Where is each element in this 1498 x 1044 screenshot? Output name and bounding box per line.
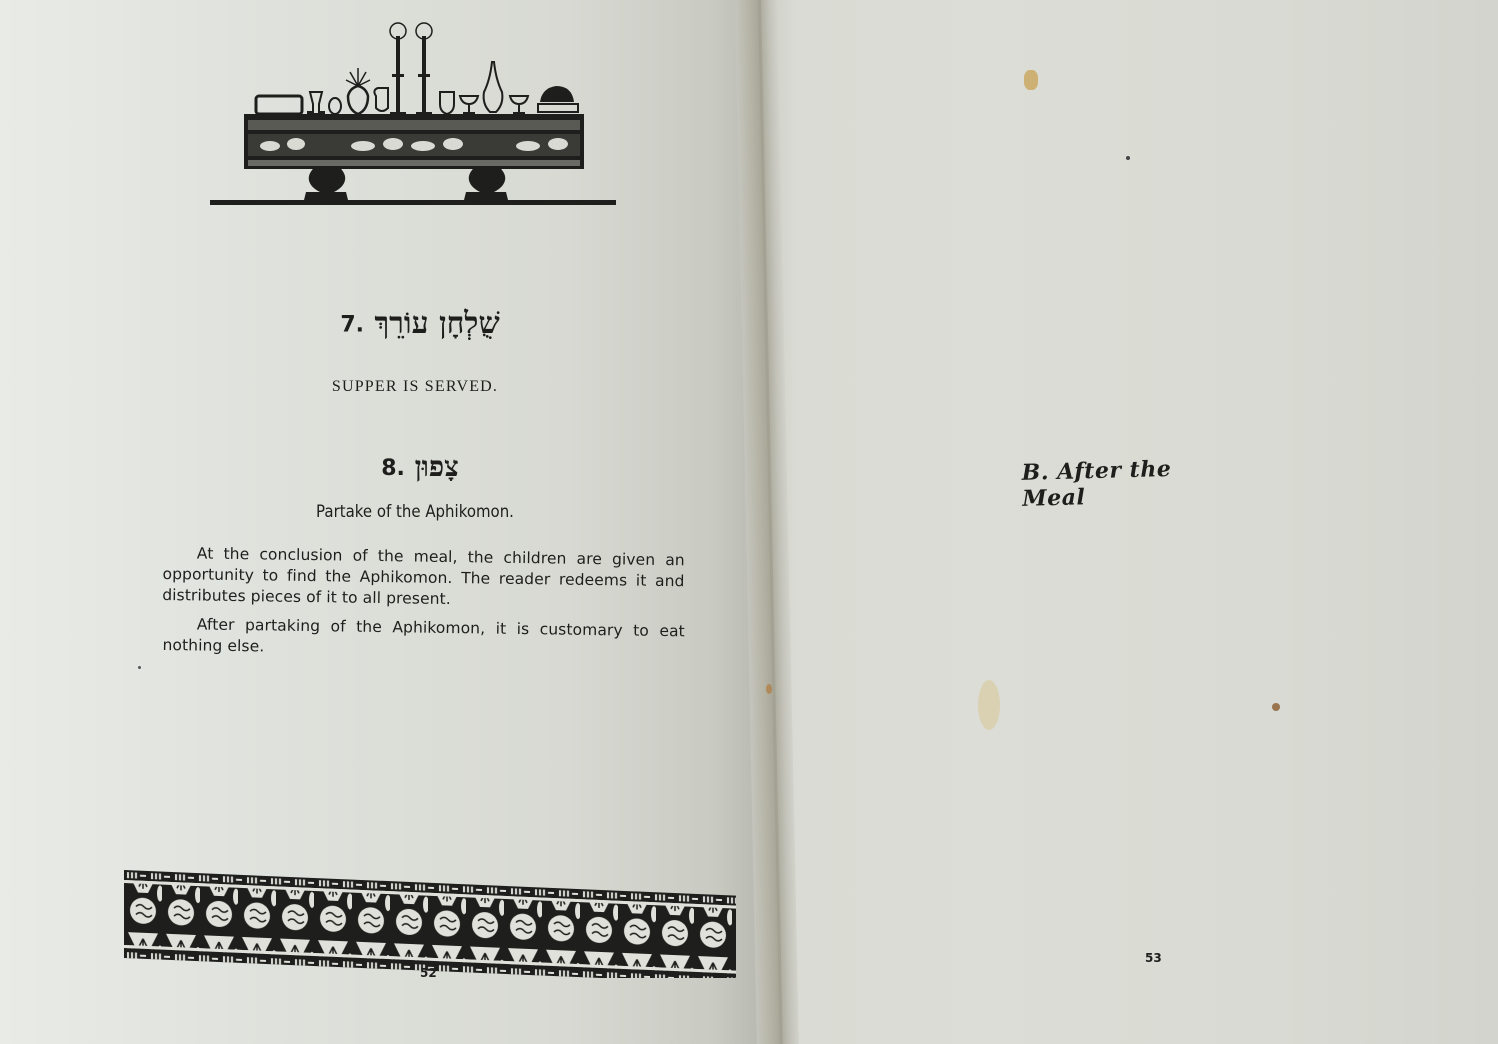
paper-stain xyxy=(766,684,772,694)
paper-speck xyxy=(138,666,141,669)
right-page-heading: B. After the Meal xyxy=(1021,454,1242,512)
paper-stain xyxy=(978,680,1000,730)
paragraph-aphikomon-find: At the conclusion of the meal, the child… xyxy=(162,543,685,613)
section-8-hebrew: צָפוּן xyxy=(415,450,459,483)
paper-stain xyxy=(1024,70,1038,90)
right-page xyxy=(768,0,1498,1044)
paragraph-text: After partaking of the Aphikomon, it is … xyxy=(162,615,684,655)
seder-table-illustration xyxy=(208,16,618,210)
section-7-number: 7. xyxy=(340,313,364,338)
paper-stain xyxy=(1272,703,1280,711)
paper-speck xyxy=(1126,156,1130,160)
section-8-number: 8. xyxy=(381,456,405,481)
paragraph-text: At the conclusion of the meal, the child… xyxy=(162,544,685,608)
decorative-border-strip xyxy=(124,870,736,978)
page-number-left: 52 xyxy=(420,966,437,980)
section-7-subtitle: SUPPER IS SERVED. xyxy=(300,378,530,396)
section-8-subtitle: Partake of the Aphikomon. xyxy=(305,502,525,522)
section-8-heading: 8. צָפוּן xyxy=(300,450,540,484)
section-7-heading: 7. שֻׁלְחָן עוֹרֵךְ xyxy=(300,306,540,341)
page-number-right: 53 xyxy=(1145,951,1162,965)
section-7-hebrew: שֻׁלְחָן עוֹרֵךְ xyxy=(374,306,499,341)
paragraph-aphikomon-custom: After partaking of the Aphikomon, it is … xyxy=(162,614,685,663)
